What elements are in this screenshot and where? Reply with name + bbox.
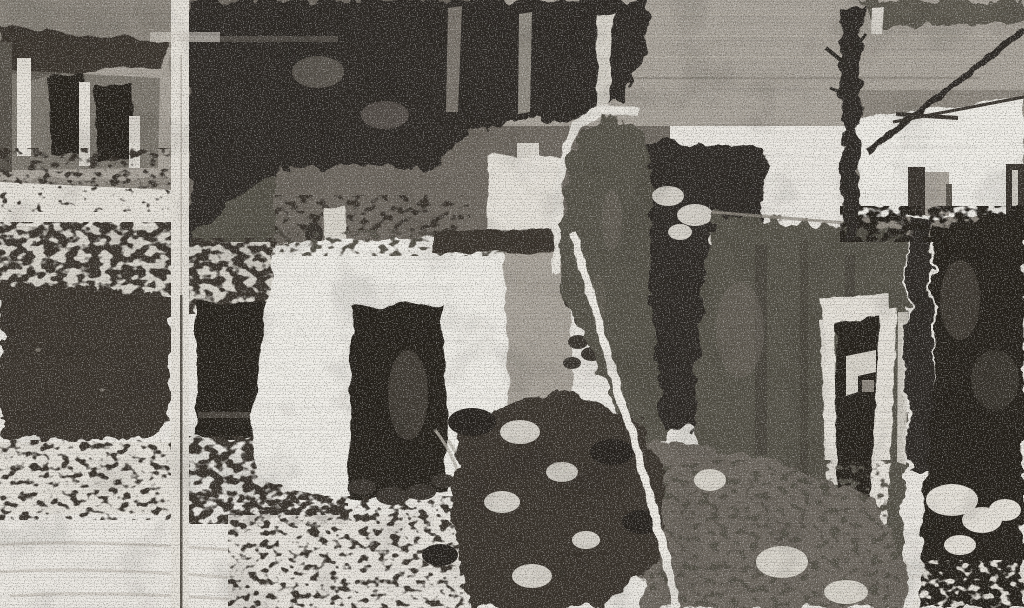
photo-canvas	[0, 0, 1024, 608]
photograph: Grainy black-and-white halftone newspape…	[0, 0, 1024, 608]
grain-light-overlay	[0, 0, 1024, 608]
